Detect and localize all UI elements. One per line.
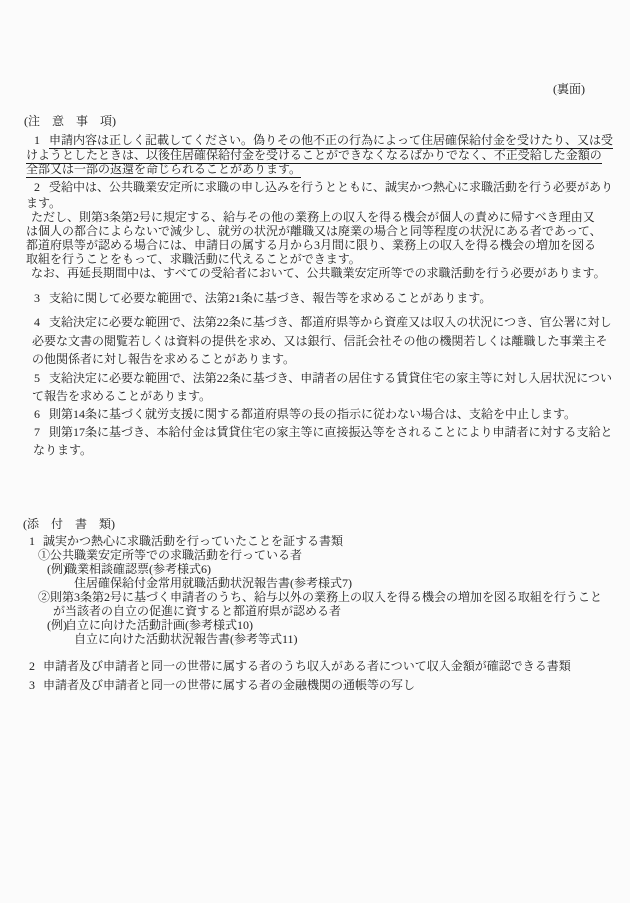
note-1-number: 1 — [34, 133, 49, 148]
note-3-number: 3 — [34, 291, 49, 306]
note-5-text-1: 支給決定に必要な範囲で、法第22条に基づき、申請者の居住する賃貸住宅の家主等に対… — [49, 371, 612, 385]
note-4-number: 4 — [34, 315, 49, 330]
attachment-3-text-1: 申請者及び申請者と同一の世帯に属する者の金融機関の通帳等の写し — [43, 678, 415, 692]
attachment-2-line-1: 2申請者及び申請者と同一の世帯に属する者のうち収入がある者について収入金額が確認… — [29, 659, 571, 674]
note-5-line-2: て報告を求めることがあります。 — [32, 389, 211, 404]
example-label: (例) — [47, 618, 65, 633]
back-side-label: (裏面) — [553, 82, 585, 97]
note-2-line-3: ただし、則第3条第2号に規定する、給与その他の業務上の収入を得る機会が個人の責め… — [31, 210, 595, 225]
note-7-line-1: 7則第17条に基づき、本給付金は賃貸住宅の家主等に直接振込等をされることにより申… — [34, 425, 613, 440]
attachment-1-example-1: (例)職業相談確認票(参考様式6) — [47, 562, 211, 577]
attachment-1-example-2: 住居確保給付金常用就職活動状況報告書(参考様式7) — [74, 576, 352, 591]
note-2-line-7: なお、再延長期間中は、すべての受給者において、公共職業安定所等での求職活動を行う… — [31, 266, 606, 281]
note-4-line-3: の他関係者に対し報告を求めることがあります。 — [32, 352, 295, 367]
note-1-text-3: 全部又は一部の返還を命じられることがあります。 — [26, 162, 301, 178]
document-page: (裏面) (注 意 事 項) 1申請内容は正しく記載してください。偽りその他不正… — [0, 0, 630, 903]
attachment-1-line-1: 1誠実かつ熱心に求職活動を行っていたことを証する書類 — [29, 534, 343, 549]
note-1-line-1: 1申請内容は正しく記載してください。偽りその他不正の行為によって住居確保給付金を… — [34, 133, 613, 148]
attachment-2-number: 2 — [29, 659, 43, 674]
note-1-text-1: 申請内容は正しく記載してください。偽りその他不正の行為によって住居確保給付金を受… — [49, 133, 613, 149]
attachment-1-sub-1: ①公共職業安定所等での求職活動を行っている者 — [38, 548, 302, 563]
note-7-text-1: 則第17条に基づき、本給付金は賃貸住宅の家主等に直接振込等をされることにより申請… — [49, 425, 613, 439]
note-2-text-1: 受給中は、公共職業安定所に求職の申し込みを行うとともに、誠実かつ熱心に求職活動を… — [49, 180, 613, 194]
note-6-number: 6 — [34, 407, 49, 422]
attachments-heading: (添 付 書 類) — [23, 517, 115, 532]
attachment-1-example-3: (例)自立に向けた活動計画(参考様式10) — [47, 618, 253, 633]
note-4-line-1: 4支給決定に必要な範囲で、法第22条に基づき、都道府県等から資産又は収入の状況に… — [34, 315, 612, 330]
note-5-number: 5 — [34, 371, 49, 386]
attachment-3-line-1: 3申請者及び申請者と同一の世帯に属する者の金融機関の通帳等の写し — [29, 678, 415, 693]
note-3-text-1: 支給に関して必要な範囲で、法第21条に基づき、報告等を求めることがあります。 — [49, 291, 491, 305]
note-7-number: 7 — [34, 425, 49, 440]
note-1-line-2: けようとしたときは、以後住居確保給付金を受けることができなくなるばかりでなく、不… — [26, 148, 602, 163]
attachment-1-sub-2-cont: が当該者の自立の促進に資すると都道府県が認める者 — [53, 604, 341, 619]
note-5-line-1: 5支給決定に必要な範囲で、法第22条に基づき、申請者の居住する賃貸住宅の家主等に… — [34, 371, 612, 386]
note-6-line-1: 6則第14条に基づく就労支援に関する都道府県等の長の指示に従わない場合は、支給を… — [34, 407, 576, 422]
note-7-line-2: なります。 — [33, 443, 92, 458]
note-4-text-1: 支給決定に必要な範囲で、法第22条に基づき、都道府県等から資産又は収入の状況につ… — [49, 315, 612, 329]
note-2-line-6: 取組を行うことをもって、求職活動に代えることができます。 — [26, 252, 361, 267]
notes-heading: (注 意 事 項) — [24, 114, 116, 129]
note-1-line-3: 全部又は一部の返還を命じられることがあります。 — [26, 162, 301, 177]
note-3-line-1: 3支給に関して必要な範囲で、法第21条に基づき、報告等を求めることがあります。 — [34, 291, 491, 306]
example-label: (例) — [47, 562, 65, 577]
note-2-line-5: 都道府県等が認める場合には、申請日の属する月から3月間に限り、業務上の収入を得る… — [26, 238, 596, 253]
attachment-1-example-4: 自立に向けた活動状況報告書(参考等式11) — [74, 632, 298, 647]
attachment-1-sub-2: ②則第3条第2号に基づく申請者のうち、給与以外の業務上の収入を得る機会の増加を図… — [38, 590, 602, 605]
attachment-1-number: 1 — [29, 534, 43, 549]
note-2-line-2: ます。 — [26, 196, 61, 211]
note-4-line-2: 必要な文書の閲覧若しくは資料の提供を求め、又は銀行、信託会社その他の機関若しくは… — [32, 334, 608, 349]
attachment-3-number: 3 — [29, 678, 43, 693]
attachment-1-text-1: 誠実かつ熱心に求職活動を行っていたことを証する書類 — [43, 534, 343, 548]
note-2-number: 2 — [34, 180, 49, 195]
attachment-2-text-1: 申請者及び申請者と同一の世帯に属する者のうち収入がある者について収入金額が確認で… — [43, 659, 571, 673]
attachment-1-example-3-text: 自立に向けた活動計画(参考様式10) — [65, 618, 253, 632]
note-2-line-4: は個人の都合によらないで減少し、就労の状況が離職又は廃業の場合と同等程度の状況に… — [26, 224, 602, 239]
attachment-1-example-1-text: 職業相談確認票(参考様式6) — [65, 562, 211, 576]
note-6-text-1: 則第14条に基づく就労支援に関する都道府県等の長の指示に従わない場合は、支給を中… — [49, 407, 576, 421]
note-2-line-1: 2受給中は、公共職業安定所に求職の申し込みを行うとともに、誠実かつ熱心に求職活動… — [34, 180, 613, 195]
